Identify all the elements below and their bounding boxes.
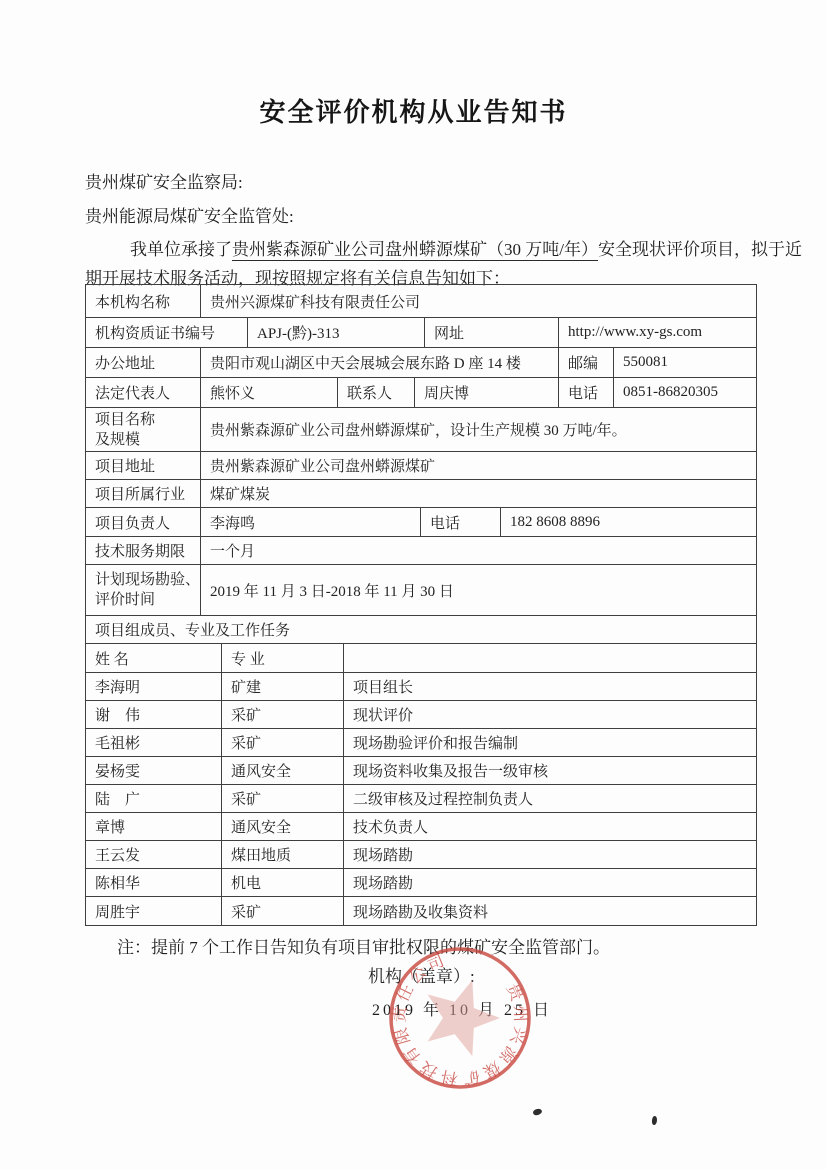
service-term-value: 一个月 [201, 537, 756, 564]
member-name: 周胜宇 [86, 897, 222, 925]
team-member-row: 谢 伟 采矿 现状评价 [86, 701, 756, 729]
member-name: 章博 [86, 813, 222, 840]
leader-phone-value: 182 8608 8896 [501, 508, 756, 536]
intro-prefix: 我单位承接了 [130, 240, 232, 259]
phone-label: 电话 [559, 378, 614, 407]
phone-value: 0851-86820305 [614, 378, 756, 407]
official-seal-stamp: 贵州兴源煤矿科技有限责任公司 [385, 943, 535, 1093]
member-task: 二级审核及过程控制负责人 [344, 785, 756, 812]
survey-time-label-line1: 计划现场勘验、 [95, 570, 200, 590]
member-task: 现场踏勘 [344, 869, 756, 896]
table-row: 计划现场勘验、 评价时间 2019 年 11 月 3 日-2018 年 11 月… [86, 565, 756, 616]
team-member-row: 毛祖彬 采矿 现场勘验评价和报告编制 [86, 729, 756, 757]
table-row: 项目负责人 李海鸣 电话 182 8608 8896 [86, 508, 756, 537]
project-address-label: 项目地址 [86, 452, 201, 479]
name-column-header: 姓 名 [86, 644, 222, 672]
scan-ink-speck [532, 1108, 543, 1117]
table-row: 姓 名 专 业 [86, 644, 756, 673]
postcode-label: 邮编 [559, 348, 614, 377]
member-task: 项目组长 [344, 673, 756, 700]
member-major: 煤田地质 [222, 841, 344, 868]
intro-line1-suffix: 安全现状评价项目，拟于近 [598, 240, 802, 259]
table-row: 项目所属行业 煤矿煤炭 [86, 480, 756, 508]
addressee-line-2: 贵州能源局煤矿安全监管处: [85, 202, 294, 227]
team-member-row: 晏杨雯 通风安全 现场资料收集及报告一级审核 [86, 757, 756, 785]
postcode-value: 550081 [614, 348, 756, 377]
task-column-header [344, 644, 756, 672]
member-major: 矿建 [222, 673, 344, 700]
member-task: 现场踏勘 [344, 841, 756, 868]
project-leader-label: 项目负责人 [86, 508, 201, 536]
survey-time-label-line2: 评价时间 [95, 590, 155, 610]
team-member-row: 陆 广 采矿 二级审核及过程控制负责人 [86, 785, 756, 813]
member-major: 机电 [222, 869, 344, 896]
major-column-header: 专 业 [222, 644, 344, 672]
project-name-label-line2: 及规模 [95, 430, 140, 450]
legal-rep-value: 熊怀义 [201, 378, 338, 407]
member-task: 现场踏勘及收集资料 [344, 897, 756, 925]
addressee-line-1: 贵州煤矿安全监察局: [85, 168, 243, 193]
scan-ink-speck [651, 1116, 657, 1126]
member-name: 李海明 [86, 673, 222, 700]
table-row: 本机构名称 贵州兴源煤矿科技有限责任公司 [86, 285, 756, 318]
legal-rep-label: 法定代表人 [86, 378, 201, 407]
intro-line-1: 我单位承接了贵州紫森源矿业公司盘州蟒源煤矿（30 万吨/年）安全现状评价项目，拟… [85, 235, 775, 264]
org-name-value: 贵州兴源煤矿科技有限责任公司 [201, 285, 756, 317]
table-row: 项目组成员、专业及工作任务 [86, 616, 756, 644]
seal-star-icon [414, 968, 509, 1060]
member-name: 毛祖彬 [86, 729, 222, 756]
member-task: 现场勘验评价和报告编制 [344, 729, 756, 756]
member-task: 技术负责人 [344, 813, 756, 840]
website-value: http://www.xy-gs.com [559, 318, 756, 347]
team-member-row: 王云发 煤田地质 现场踏勘 [86, 841, 756, 869]
org-name-label: 本机构名称 [86, 285, 201, 317]
member-major: 采矿 [222, 785, 344, 812]
member-major: 通风安全 [222, 813, 344, 840]
team-member-row: 陈相华 机电 现场踏勘 [86, 869, 756, 897]
member-major: 通风安全 [222, 757, 344, 784]
scanned-document-page: 安全评价机构从业告知书 贵州煤矿安全监察局: 贵州能源局煤矿安全监管处: 我单位… [0, 0, 827, 1169]
info-table: 本机构名称 贵州兴源煤矿科技有限责任公司 机构资质证书编号 APJ-(黔)-31… [85, 284, 757, 926]
table-row: 机构资质证书编号 APJ-(黔)-313 网址 http://www.xy-gs… [86, 318, 756, 348]
member-name: 陈相华 [86, 869, 222, 896]
member-name: 晏杨雯 [86, 757, 222, 784]
member-major: 采矿 [222, 729, 344, 756]
team-member-row: 周胜宇 采矿 现场踏勘及收集资料 [86, 897, 756, 925]
leader-phone-label: 电话 [421, 508, 501, 536]
team-member-row: 李海明 矿建 项目组长 [86, 673, 756, 701]
cert-number-label: 机构资质证书编号 [86, 318, 248, 347]
member-name: 王云发 [86, 841, 222, 868]
member-major: 采矿 [222, 897, 344, 925]
cert-number-value: APJ-(黔)-313 [248, 318, 425, 347]
team-section-header: 项目组成员、专业及工作任务 [86, 616, 756, 643]
industry-value: 煤矿煤炭 [201, 480, 756, 507]
project-name-label-line1: 项目名称 [95, 410, 155, 430]
survey-time-label: 计划现场勘验、 评价时间 [86, 565, 201, 615]
table-row: 法定代表人 熊怀义 联系人 周庆博 电话 0851-86820305 [86, 378, 756, 408]
project-address-value: 贵州紫森源矿业公司盘州蟒源煤矿 [201, 452, 756, 479]
member-task: 现状评价 [344, 701, 756, 728]
office-address-label: 办公地址 [86, 348, 201, 377]
survey-time-value: 2019 年 11 月 3 日-2018 年 11 月 30 日 [201, 565, 756, 615]
contact-value: 周庆博 [415, 378, 559, 407]
website-label: 网址 [425, 318, 559, 347]
office-address-value: 贵阳市观山湖区中天会展城会展东路 D 座 14 楼 [201, 348, 559, 377]
project-name-label: 项目名称 及规模 [86, 408, 201, 451]
contact-label: 联系人 [338, 378, 415, 407]
member-name: 陆 广 [86, 785, 222, 812]
service-term-label: 技术服务期限 [86, 537, 201, 564]
intro-underlined-project: 贵州紫森源矿业公司盘州蟒源煤矿（30 万吨/年） [232, 240, 598, 261]
industry-label: 项目所属行业 [86, 480, 201, 507]
member-task: 现场资料收集及报告一级审核 [344, 757, 756, 784]
table-row: 项目名称 及规模 贵州紫森源矿业公司盘州蟒源煤矿，设计生产规模 30 万吨/年。 [86, 408, 756, 452]
member-name: 谢 伟 [86, 701, 222, 728]
project-leader-value: 李海鸣 [201, 508, 421, 536]
table-row: 办公地址 贵阳市观山湖区中天会展城会展东路 D 座 14 楼 邮编 550081 [86, 348, 756, 378]
team-member-row: 章博 通风安全 技术负责人 [86, 813, 756, 841]
member-major: 采矿 [222, 701, 344, 728]
table-row: 技术服务期限 一个月 [86, 537, 756, 565]
table-row: 项目地址 贵州紫森源矿业公司盘州蟒源煤矿 [86, 452, 756, 480]
page-title: 安全评价机构从业告知书 [0, 92, 827, 129]
project-name-value: 贵州紫森源矿业公司盘州蟒源煤矿，设计生产规模 30 万吨/年。 [201, 408, 756, 451]
